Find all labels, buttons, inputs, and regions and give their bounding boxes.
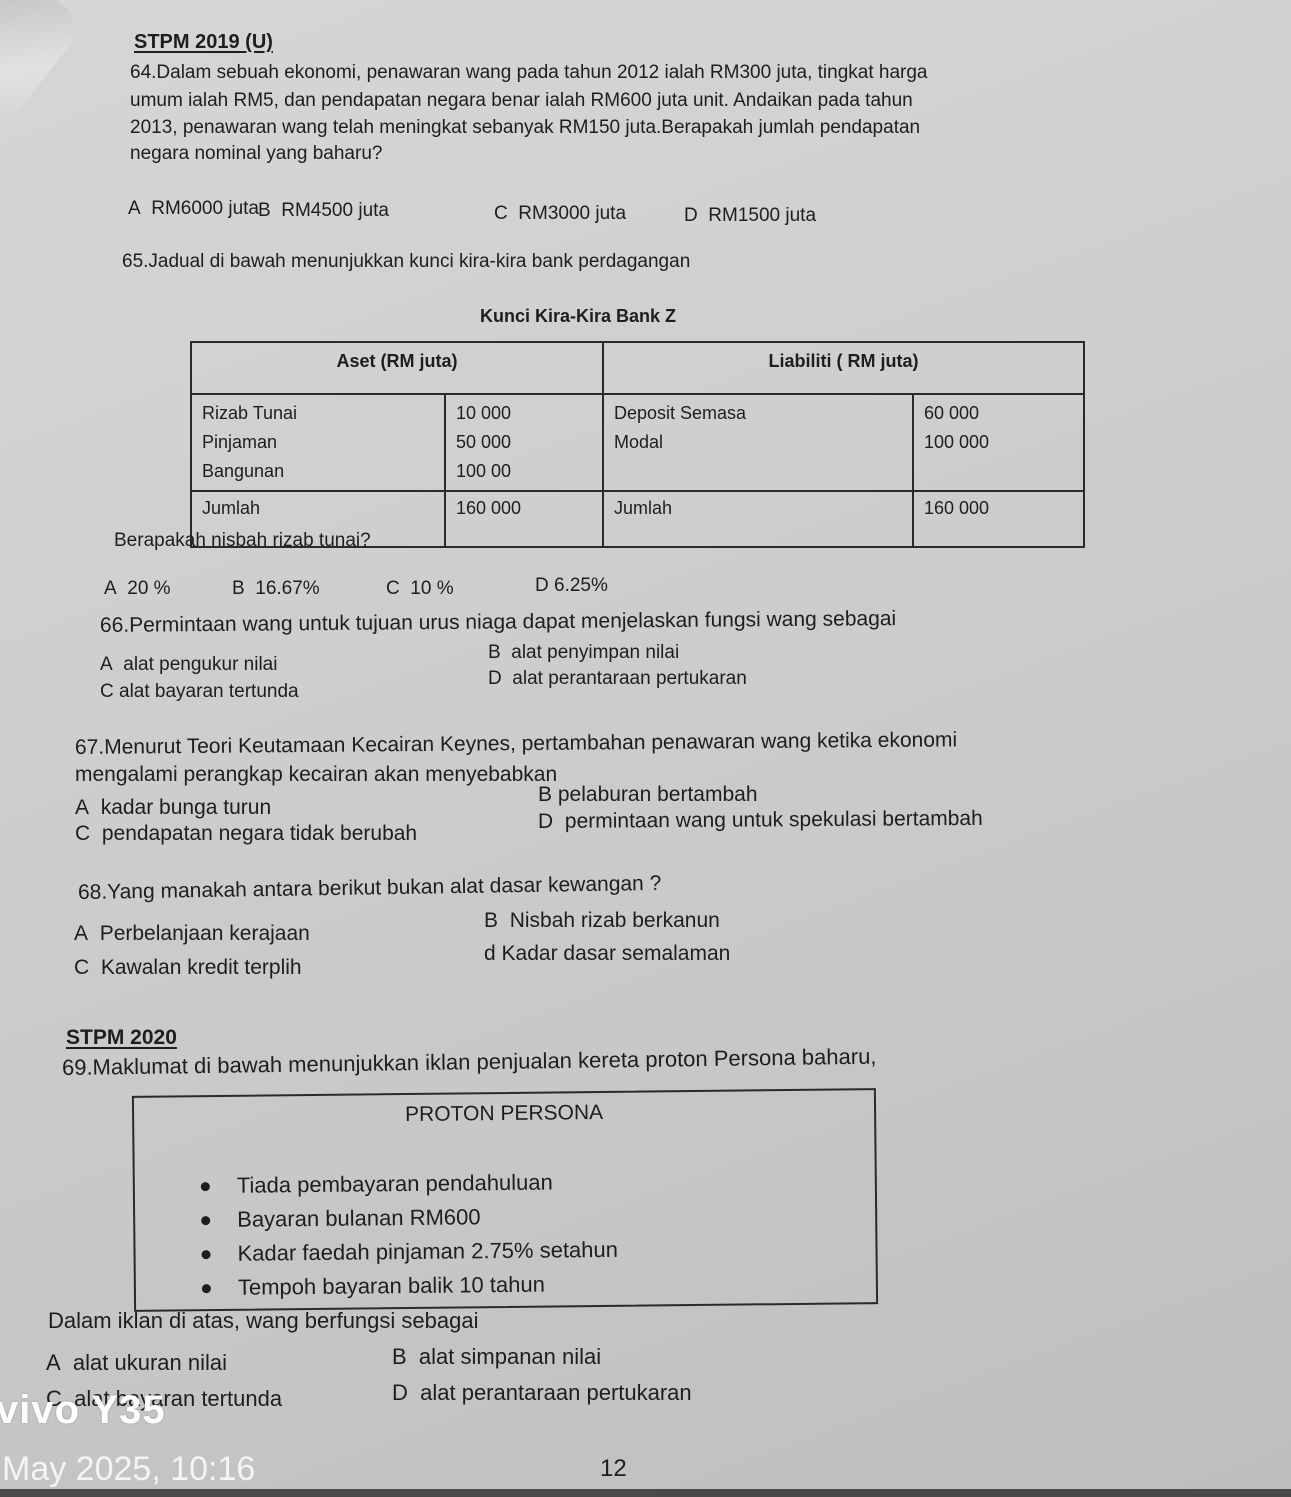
option-65-c[interactable]: C 10 %: [386, 578, 454, 600]
liability-values: 60 000 100 000: [913, 394, 1084, 491]
liability-labels: Deposit Semasa Modal: [603, 394, 913, 491]
asset-values: 10 000 50 000 100 00: [445, 394, 603, 491]
liability-total-label: Jumlah: [603, 491, 913, 547]
table-header-assets: Aset (RM juta): [191, 342, 603, 394]
option-66-b[interactable]: B alat penyimpan nilai: [488, 642, 679, 664]
balance-sheet-table: Aset (RM juta) Liabiliti ( RM juta) Riza…: [190, 341, 1085, 548]
option-64-c[interactable]: C RM3000 juta: [494, 203, 626, 225]
ad-feature-item: Bayaran bulanan RM600: [201, 1199, 618, 1237]
section-title-2020: STPM 2020: [66, 1026, 177, 1050]
asset-label: Rizab Tunai: [202, 399, 434, 428]
asset-value: 50 000: [456, 428, 592, 457]
liability-label: Modal: [614, 428, 902, 457]
question-69-intro: 69.Maklumat di bawah menunjukkan iklan p…: [62, 1044, 877, 1081]
asset-value: 100 00: [456, 457, 592, 486]
table-row: Rizab Tunai Pinjaman Bangunan 10 000 50 …: [191, 394, 1084, 491]
option-66-d[interactable]: D alat perantaraan pertukaran: [488, 668, 747, 690]
question-64-line: umum ialah RM5, dan pendapatan negara be…: [130, 90, 913, 112]
option-64-a[interactable]: A RM6000 juta: [128, 198, 259, 220]
question-67-line: 67.Menurut Teori Keutamaan Kecairan Keyn…: [75, 728, 957, 760]
question-68-text: 68.Yang manakah antara berikut bukan ala…: [78, 872, 662, 905]
option-69-a[interactable]: A alat ukuran nilai: [46, 1350, 227, 1376]
option-65-a[interactable]: A 20 %: [104, 578, 171, 600]
table-header-row: Aset (RM juta) Liabiliti ( RM juta): [191, 342, 1084, 394]
asset-label: Bangunan: [202, 457, 434, 486]
option-68-b[interactable]: B Nisbah rizab berkanun: [484, 909, 720, 933]
bullet-icon: [202, 1284, 211, 1293]
question-64-line: 2013, penawaran wang telah meningkat seb…: [130, 117, 920, 139]
camera-watermark-model: vivo Y35: [0, 1388, 166, 1433]
question-64-line: 64.Dalam sebuah ekonomi, penawaran wang …: [130, 62, 928, 84]
ad-title: PROTON PERSONA: [134, 1098, 874, 1130]
ad-feature-item: Tempoh bayaran balik 10 tahun: [202, 1267, 619, 1305]
liability-total-value: 160 000: [913, 491, 1084, 547]
option-69-d[interactable]: D alat perantaraan pertukaran: [392, 1380, 692, 1406]
paper-bottom-edge: [0, 1489, 1291, 1497]
question-66-text: 66.Permintaan wang untuk tujuan urus nia…: [100, 607, 896, 638]
ad-feature-item: Tiada pembayaran pendahuluan: [201, 1165, 618, 1203]
camera-watermark-datetime: May 2025, 10:16: [2, 1450, 255, 1489]
question-69-text: Dalam iklan di atas, wang berfungsi seba…: [48, 1308, 478, 1334]
option-67-d[interactable]: D permintaan wang untuk spekulasi bertam…: [538, 807, 983, 834]
ad-feature-item: Kadar faedah pinjaman 2.75% setahun: [201, 1233, 618, 1271]
bullet-icon: [201, 1182, 210, 1191]
liability-value: 100 000: [924, 428, 1073, 457]
option-67-a[interactable]: A kadar bunga turun: [75, 796, 271, 820]
option-66-a[interactable]: A alat pengukur nilai: [100, 654, 277, 676]
option-64-d[interactable]: D RM1500 juta: [684, 205, 816, 227]
page-number: 12: [600, 1455, 627, 1483]
liability-label: Deposit Semasa: [614, 399, 902, 428]
option-68-c[interactable]: C Kawalan kredit terplih: [74, 956, 302, 980]
question-64-line: negara nominal yang baharu?: [130, 143, 382, 165]
option-66-c[interactable]: C alat bayaran tertunda: [100, 681, 299, 703]
asset-total-value: 160 000: [445, 491, 603, 547]
asset-value: 10 000: [456, 399, 592, 428]
liability-value: 60 000: [924, 399, 1073, 428]
option-67-c[interactable]: C pendapatan negara tidak berubah: [75, 822, 417, 846]
question-67-line: mengalami perangkap kecairan akan menyeb…: [75, 763, 557, 787]
bullet-icon: [201, 1216, 210, 1225]
table-header-liabilities: Liabiliti ( RM juta): [603, 342, 1084, 394]
question-65-text: Berapakah nisbah rizab tunai?: [114, 530, 371, 552]
paper-fold-shadow: [0, 0, 87, 142]
option-68-d[interactable]: d Kadar dasar semalaman: [484, 942, 730, 966]
option-65-b[interactable]: B 16.67%: [232, 578, 320, 600]
question-65-intro: 65.Jadual di bawah menunjukkan kunci kir…: [122, 251, 690, 273]
option-69-b[interactable]: B alat simpanan nilai: [392, 1344, 601, 1370]
option-64-b[interactable]: B RM4500 juta: [258, 200, 389, 222]
option-65-d[interactable]: D 6.25%: [535, 575, 608, 597]
asset-labels: Rizab Tunai Pinjaman Bangunan: [191, 394, 445, 491]
proton-ad-box: PROTON PERSONA Tiada pembayaran pendahul…: [132, 1088, 878, 1312]
option-68-a[interactable]: A Perbelanjaan kerajaan: [74, 922, 310, 946]
table-title: Kunci Kira-Kira Bank Z: [480, 306, 676, 327]
asset-label: Pinjaman: [202, 428, 434, 457]
bullet-icon: [202, 1250, 211, 1259]
ad-feature-list: Tiada pembayaran pendahuluan Bayaran bul…: [201, 1165, 619, 1305]
option-67-b[interactable]: B pelaburan bertambah: [538, 783, 758, 807]
section-title-2019: STPM 2019 (U): [134, 31, 273, 54]
